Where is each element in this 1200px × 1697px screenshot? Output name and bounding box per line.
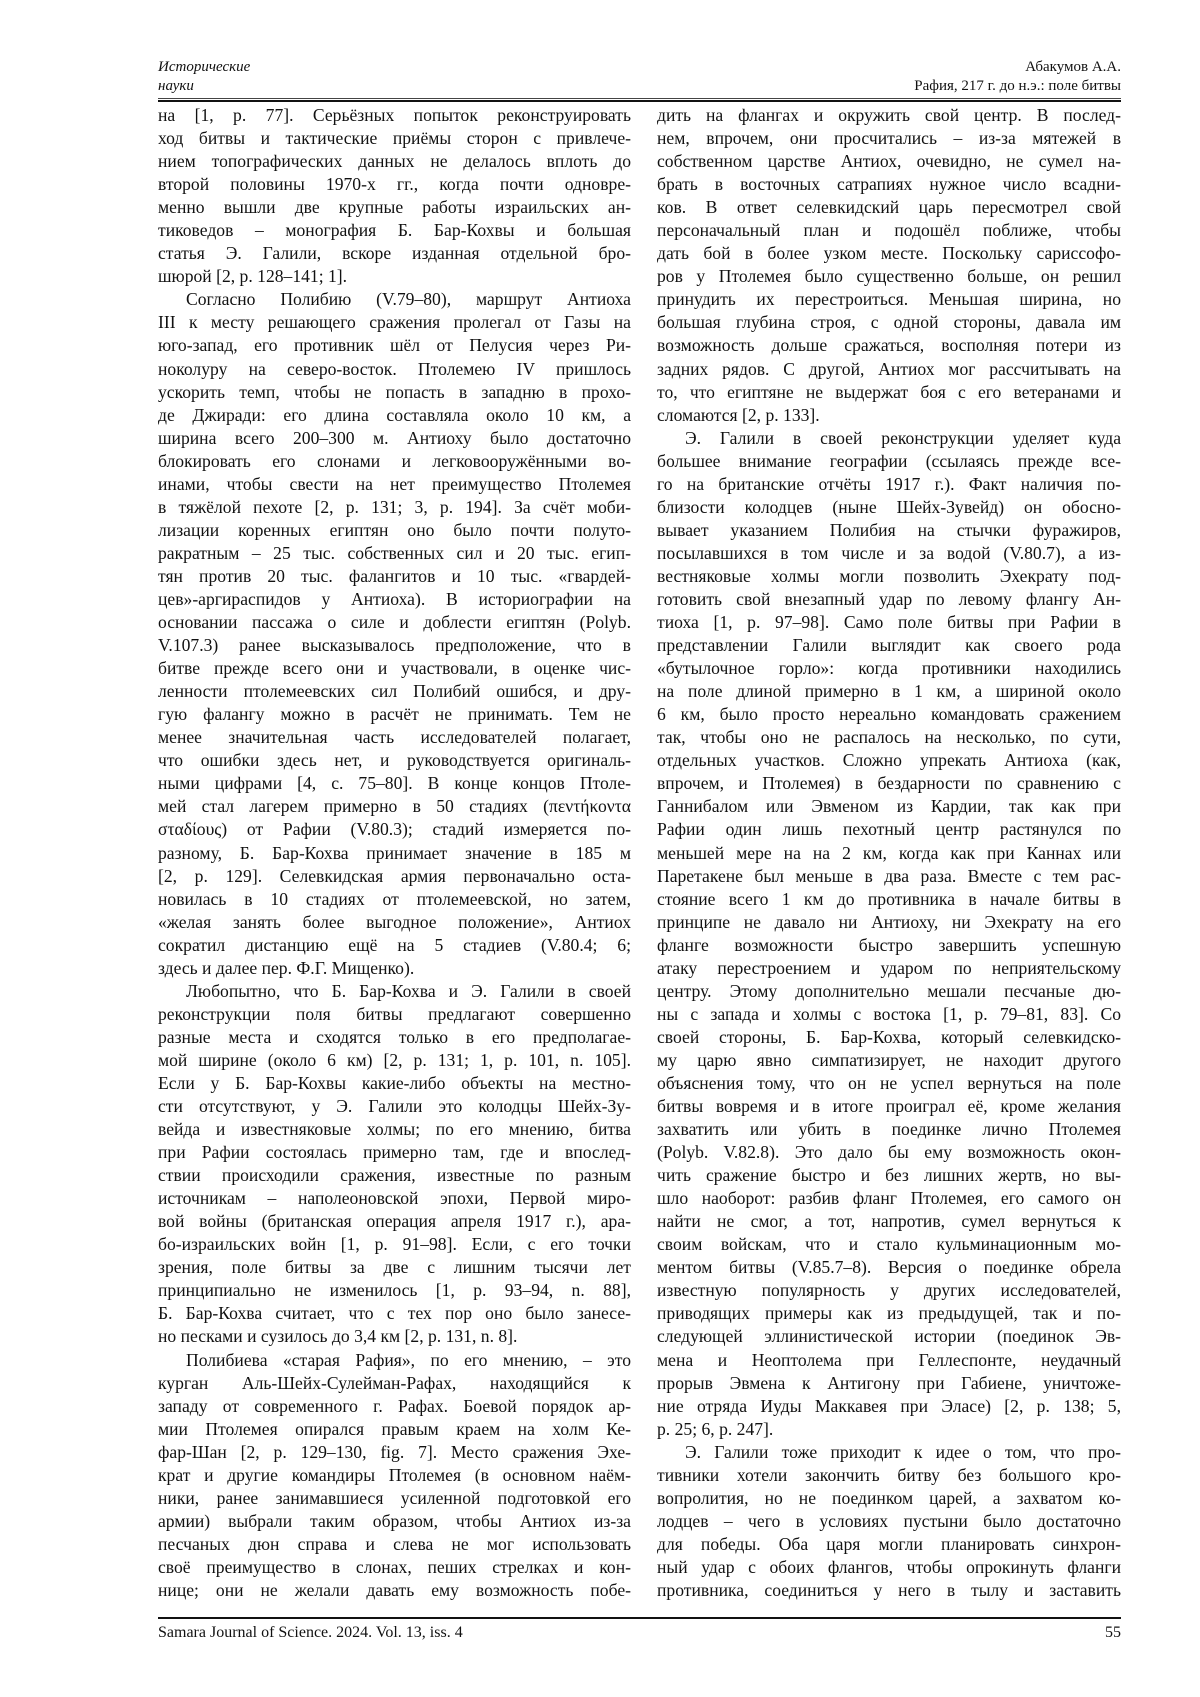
text-line: возможность дольше сражаться, восполняя … bbox=[657, 334, 1121, 357]
text-line: «желая занять более выгодное положение»,… bbox=[158, 911, 631, 934]
text-line: второй половины 1970-х гг., когда почти … bbox=[158, 173, 631, 196]
text-line: зрения, поле битвы за две с лишним тысяч… bbox=[158, 1256, 631, 1279]
text-line: что ошибки здесь нет, и руководствуется … bbox=[158, 749, 631, 772]
text-line: персоначальный план и подошёл поближе, ч… bbox=[657, 219, 1121, 242]
text-line: курган Аль-Шейх-Сулейман-Рафах, находящи… bbox=[158, 1372, 631, 1395]
text-line: де Джиради: его длина составляла около 1… bbox=[158, 404, 631, 427]
text-line: Полибиева «старая Рафия», по его мнению,… bbox=[158, 1349, 631, 1372]
text-line: известную популярность у других исследов… bbox=[657, 1279, 1121, 1302]
text-line: представлении Галили выглядит как своего… bbox=[657, 634, 1121, 657]
text-line: принудить их перестроиться. Меньшая шири… bbox=[657, 288, 1121, 311]
text-line: захватить или убить в поединке лично Пто… bbox=[657, 1118, 1121, 1141]
text-line: здесь и далее пер. Ф.Г. Мищенко). bbox=[158, 957, 631, 980]
text-line: принципиально не изменилось [1, p. 93–94… bbox=[158, 1279, 631, 1302]
author-name: Абакумов А.А. bbox=[914, 58, 1121, 77]
text-line: инами, чтобы свести на нет преимущество … bbox=[158, 473, 631, 496]
text-line: менее значительная часть исследователей … bbox=[158, 726, 631, 749]
text-line: ментом битвы (V.85.7–8). Версия о поедин… bbox=[657, 1256, 1121, 1279]
text-line: меньшей мере на на 2 км, когда как при К… bbox=[657, 842, 1121, 865]
text-line: Согласно Полибию (V.79–80), маршрут Анти… bbox=[158, 288, 631, 311]
text-line: ширина всего 200–300 м. Антиоху было дос… bbox=[158, 427, 631, 450]
text-line: ны с запада и холмы с востока [1, p. 79–… bbox=[657, 1003, 1121, 1026]
running-title: Рафия, 217 г. до н.э.: поле битвы bbox=[914, 77, 1121, 96]
text-line: нием топографических данных не делалось … bbox=[158, 150, 631, 173]
text-line: [2, p. 129]. Селевкидская армия первонач… bbox=[158, 865, 631, 888]
text-line: тян против 20 тыс. фалангитов и 10 тыс. … bbox=[158, 565, 631, 588]
text-line: бо-израильских войн [1, p. 91–98]. Если,… bbox=[158, 1233, 631, 1256]
text-line: III к месту решающего сражения пролегал … bbox=[158, 311, 631, 334]
text-line: битвы вовремя и в итоге проиграл её, кро… bbox=[657, 1095, 1121, 1118]
text-line: фланге возможности быстро завершить успе… bbox=[657, 934, 1121, 957]
text-line: нице; они не желали давать ему возможнос… bbox=[158, 1579, 631, 1602]
text-line: следующей эллинистической истории (поеди… bbox=[657, 1325, 1121, 1348]
text-line: то, что египтяне не выдержат боя с его в… bbox=[657, 381, 1121, 404]
text-line: σταδίους) от Рафии (V.80.3); стадий изме… bbox=[158, 818, 631, 841]
text-line: отдельных участков. Сложно упрекать Анти… bbox=[657, 749, 1121, 772]
text-line: вестняковые холмы могли позволить Эхекра… bbox=[657, 565, 1121, 588]
text-line: противника, соединиться у него в тылу и … bbox=[657, 1579, 1121, 1602]
text-line: статья Э. Галили, вскоре изданная отдель… bbox=[158, 242, 631, 265]
footer-rule bbox=[158, 1617, 1121, 1619]
text-line: впрочем, и Птолемея) в бездарности по ср… bbox=[657, 772, 1121, 795]
text-line: Б. Бар-Кохва считает, что с тех пор оно … bbox=[158, 1302, 631, 1325]
text-line: ноколуру на северо-восток. Птолемею IV п… bbox=[158, 358, 631, 381]
text-line: центру. Этому дополнительно мешали песча… bbox=[657, 980, 1121, 1003]
text-line: принципе не давало ни Антиоху, ни Эхекра… bbox=[657, 911, 1121, 934]
header-rule bbox=[158, 100, 1121, 102]
text-line: го на британские отчёты 1917 г.). Факт н… bbox=[657, 473, 1121, 496]
text-line: V.107.3) ранее высказывалось предположен… bbox=[158, 634, 631, 657]
text-line: сократил дистанцию ещё на 5 стадиев (V.8… bbox=[158, 934, 631, 957]
text-line: чить сражение быстро и без лишних жертв,… bbox=[657, 1164, 1121, 1187]
text-line: найти не смог, а тот, напротив, сумел ве… bbox=[657, 1210, 1121, 1233]
journal-citation: Samara Journal of Science. 2024. Vol. 13… bbox=[158, 1623, 463, 1643]
text-line: (Polyb. V.82.8). Это дало бы ему возможн… bbox=[657, 1141, 1121, 1164]
page-number: 55 bbox=[1105, 1623, 1121, 1643]
text-line: собственном царстве Антиох, очевидно, не… bbox=[657, 150, 1121, 173]
text-line: блокировать его слонами и легковооружённ… bbox=[158, 450, 631, 473]
text-line: на поле длиной примерно в 1 км, а ширино… bbox=[657, 680, 1121, 703]
text-line: мена и Неоптолема при Геллеспонте, неуда… bbox=[657, 1349, 1121, 1372]
text-line: ние отряда Иуды Маккавея при Эласе) [2, … bbox=[657, 1395, 1121, 1418]
text-line: ленности птолемеевских сил Полибий ошибс… bbox=[158, 680, 631, 703]
text-line: шло наоборот: разбив фланг Птолемея, его… bbox=[657, 1187, 1121, 1210]
text-line: мии Птолемея опирался правым краем на хо… bbox=[158, 1418, 631, 1441]
text-line: большая глубина строя, с одной стороны, … bbox=[657, 311, 1121, 334]
text-line: ускорить темп, чтобы не попасть в западн… bbox=[158, 381, 631, 404]
section-label-line1: Исторические bbox=[158, 58, 250, 77]
text-line: при Рафии состоялась примерно там, где и… bbox=[158, 1141, 631, 1164]
text-line: шюрой [2, p. 128–141; 1]. bbox=[158, 265, 631, 288]
text-line: ракратным – 25 тыс. собственных сил и 20… bbox=[158, 542, 631, 565]
text-line: тиоха [1, p. 97–98]. Само поле битвы при… bbox=[657, 611, 1121, 634]
header-rule-thin bbox=[158, 98, 1121, 99]
text-line: большее внимание географии (ссылаясь пре… bbox=[657, 450, 1121, 473]
text-line: крат и другие командиры Птолемея (в осно… bbox=[158, 1464, 631, 1487]
text-line: вывает указанием Полибия на стычки фураж… bbox=[657, 519, 1121, 542]
section-label-line2: науки bbox=[158, 77, 250, 96]
text-line: нем, впрочем, они просчитались – из-за м… bbox=[657, 127, 1121, 150]
text-line: задних рядов. С другой, Антиох мог рассч… bbox=[657, 358, 1121, 381]
text-line: менно вышли две крупные работы израильск… bbox=[158, 196, 631, 219]
text-line: фар-Шан [2, p. 129–130, fig. 7]. Место с… bbox=[158, 1441, 631, 1464]
text-line: юго-запад, его противник шёл от Пелусия … bbox=[158, 334, 631, 357]
text-line: Если у Б. Бар-Кохвы какие-либо объекты н… bbox=[158, 1072, 631, 1095]
text-line: в тяжёлой пехоте [2, p. 131; 3, p. 194].… bbox=[158, 496, 631, 519]
text-line: близости колодцев (ныне Шейх-Зувейд) он … bbox=[657, 496, 1121, 519]
text-line: мой ширине (около 6 км) [2, p. 131; 1, p… bbox=[158, 1049, 631, 1072]
text-line: гую фалангу можно в расчёт не принимать.… bbox=[158, 703, 631, 726]
text-line: цев»-аргираспидов у Антиоха). В историог… bbox=[158, 588, 631, 611]
text-line: своим войскам, что и стало кульминационн… bbox=[657, 1233, 1121, 1256]
text-line: «бутылочное горло»: когда противники нах… bbox=[657, 657, 1121, 680]
text-line: разному, Б. Бар-Кохва принимает значение… bbox=[158, 842, 631, 865]
text-line: ный удар с обоих флангов, чтобы опрокину… bbox=[657, 1556, 1121, 1579]
text-line: брать в восточных сатрапиях нужное число… bbox=[657, 173, 1121, 196]
text-line: ров у Птолемея было существенно больше, … bbox=[657, 265, 1121, 288]
text-line: армии) выбрали таким образом, чтобы Анти… bbox=[158, 1510, 631, 1533]
text-line: вой войны (британская операция апреля 19… bbox=[158, 1210, 631, 1233]
text-line: приводящих примеры как из предыдущей, та… bbox=[657, 1302, 1121, 1325]
text-line: объяснения тому, что он не успел вернуть… bbox=[657, 1072, 1121, 1095]
text-line: ков. В ответ селевкидский царь пересмотр… bbox=[657, 196, 1121, 219]
text-line: но песками и сузилось до 3,4 км [2, p. 1… bbox=[158, 1325, 631, 1348]
text-line: битве прежде всего они и участвовали, в … bbox=[158, 657, 631, 680]
text-line: Любопытно, что Б. Бар-Кохва и Э. Галили … bbox=[158, 980, 631, 1003]
text-line: посылавшихся в том числе и за водой (V.8… bbox=[657, 542, 1121, 565]
text-line: сти отсутствуют, у Э. Галили это колодцы… bbox=[158, 1095, 631, 1118]
text-line: мей стал лагерем примерно в 50 стадиях (… bbox=[158, 795, 631, 818]
text-line: реконструкции поля битвы предлагают сове… bbox=[158, 1003, 631, 1026]
section-label: Исторические науки bbox=[158, 58, 250, 96]
text-line: ники, ранее занимавшиеся усиленной подго… bbox=[158, 1487, 631, 1510]
text-line: p. 25; 6, p. 247]. bbox=[657, 1418, 1121, 1441]
text-line: ход битвы и тактические приёмы сторон с … bbox=[158, 127, 631, 150]
text-line: песчаных дюн справа и слева не мог испол… bbox=[158, 1533, 631, 1556]
text-line: атаку перестроением и ударом по неприяте… bbox=[657, 957, 1121, 980]
text-line: готовить свой внезапный удар по левому ф… bbox=[657, 588, 1121, 611]
text-line: так, чтобы оно не распалось на несколько… bbox=[657, 726, 1121, 749]
page-header: Исторические науки Абакумов А.А. Рафия, … bbox=[158, 58, 1121, 102]
text-line: вейда и известняковые холмы; по его мнен… bbox=[158, 1118, 631, 1141]
text-line: для победы. Оба царя могли планировать с… bbox=[657, 1533, 1121, 1556]
text-column-left: на [1, p. 77]. Серьёзных попыток реконст… bbox=[158, 104, 631, 1602]
text-line: тиковедов – монография Б. Бар-Кохвы и бо… bbox=[158, 219, 631, 242]
text-line: Ганнибалом или Эвменом из Кардии, так ка… bbox=[657, 795, 1121, 818]
text-line: западу от современного г. Рафах. Боевой … bbox=[158, 1395, 631, 1418]
text-line: дать бой в более узком месте. Поскольку … bbox=[657, 242, 1121, 265]
text-line: Рафии один лишь пехотный центр растянулс… bbox=[657, 818, 1121, 841]
text-line: Э. Галили тоже приходит к идее о том, чт… bbox=[657, 1441, 1121, 1464]
text-line: разные места и сходятся только в его пре… bbox=[158, 1026, 631, 1049]
text-line: основании пассажа о силе и доблести егип… bbox=[158, 611, 631, 634]
text-line: на [1, p. 77]. Серьёзных попыток реконст… bbox=[158, 104, 631, 127]
text-line: тивники хотели закончить битву без больш… bbox=[657, 1464, 1121, 1487]
text-line: му царю явно симпатизирует, не находит д… bbox=[657, 1049, 1121, 1072]
text-line: ствии происходили сражения, известные по… bbox=[158, 1164, 631, 1187]
text-line: источникам – наполеоновской эпохи, Перво… bbox=[158, 1187, 631, 1210]
text-line: ными цифрами [4, с. 75–80]. В конце конц… bbox=[158, 772, 631, 795]
text-column-right: дить на флангах и окружить свой центр. В… bbox=[657, 104, 1121, 1602]
text-line: лодцев – чего в условиях пустыни было до… bbox=[657, 1510, 1121, 1533]
running-head: Абакумов А.А. Рафия, 217 г. до н.э.: пол… bbox=[914, 58, 1121, 96]
text-line: дить на флангах и окружить свой центр. В… bbox=[657, 104, 1121, 127]
text-line: Паретакене был меньше в два раза. Вместе… bbox=[657, 865, 1121, 888]
text-line: прорыв Эвмена к Антигону при Габиене, ун… bbox=[657, 1372, 1121, 1395]
text-line: стояние всего 1 км до противника в начал… bbox=[657, 888, 1121, 911]
text-line: своей стороны, Б. Бар-Кохва, который сел… bbox=[657, 1026, 1121, 1049]
text-line: вопролития, но не поединком царей, а зах… bbox=[657, 1487, 1121, 1510]
text-line: лизации коренных египтян оно было почти … bbox=[158, 519, 631, 542]
text-line: 6 км, было просто нереально командовать … bbox=[657, 703, 1121, 726]
text-line: Э. Галили в своей реконструкции уделяет … bbox=[657, 427, 1121, 450]
text-line: сломаются [2, p. 133]. bbox=[657, 404, 1121, 427]
text-line: своё преимущество в слонах, пеших стрелк… bbox=[158, 1556, 631, 1579]
text-line: новилась в 10 стадиях от птолемеевской, … bbox=[158, 888, 631, 911]
